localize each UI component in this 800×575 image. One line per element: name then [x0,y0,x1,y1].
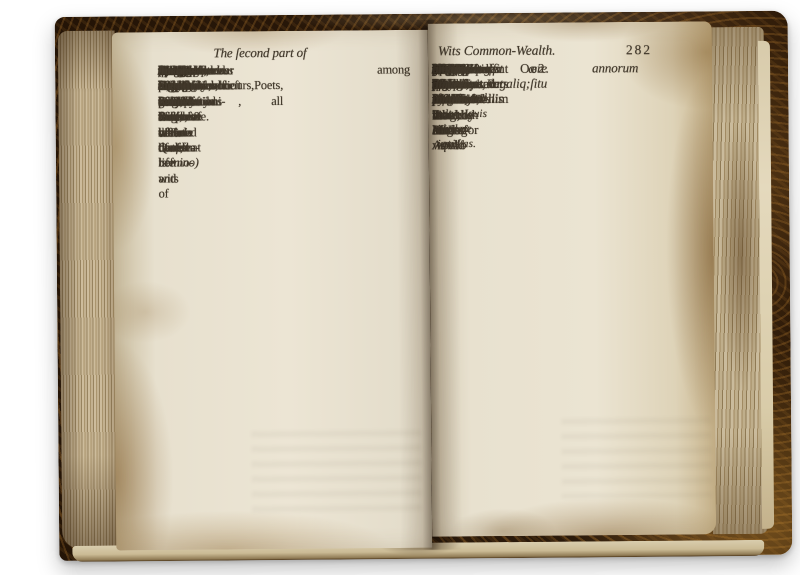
signature-line: Oo2. annorum [432,60,710,77]
left-fore-edge-pages [58,30,120,548]
running-header-right: Wits Common-Wealth. 282 [432,42,710,61]
left-page-text: The ſecond part of mong al writers to be… [158,44,424,79]
catchword-right: annorum [592,60,638,75]
catchword-left: among [158,62,424,79]
running-title: Wits Common-Wealth. [438,43,555,59]
book-photograph: The ſecond part of mong al writers to be… [0,0,800,575]
signature-mark: Oo2. [520,61,550,76]
running-header-left: The ſecond part of [158,44,424,63]
open-book: The ſecond part of mong al writers to be… [0,0,800,575]
right-page-text: Wits Common-Wealth. 282 ong his priuate … [432,42,710,77]
page-number: 282 [626,42,652,57]
